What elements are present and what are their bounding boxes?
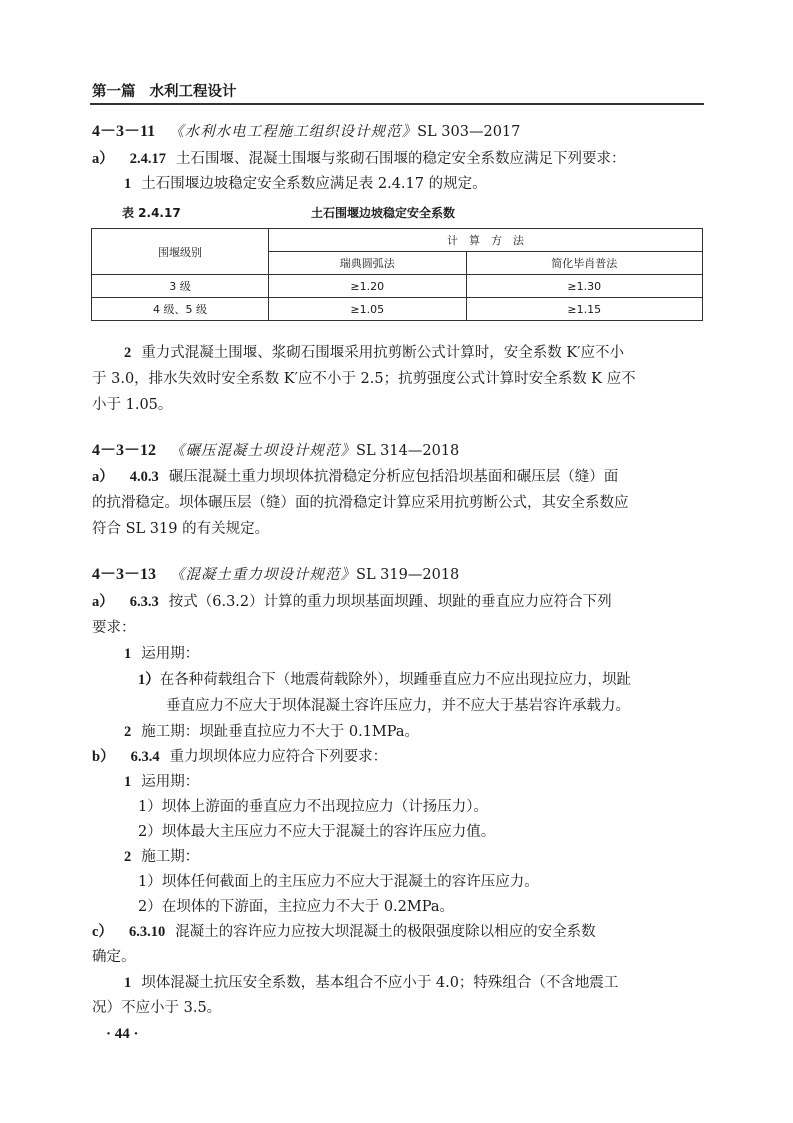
sub-header-swedish: 瑞典圆弧法 (269, 252, 467, 275)
clause-a: a）6.3.3按式（6.3.2）计算的重力坝坝基面坝踵、坝趾的垂直应力应符合下列 (92, 592, 702, 612)
cell-swedish: ≥1.20 (269, 275, 467, 298)
table-row: 3 级 ≥1.20 ≥1.30 (92, 275, 703, 298)
item-2-cont: 小于 1.05。 (92, 395, 702, 415)
clause-text: 重力坝坝体应力应符合下列要求： (170, 749, 388, 765)
clause-text: 混凝土的容许应力应按大坝混凝土的极限强度除以相应的安全系数 (175, 924, 596, 940)
standard-code: SL 319—2018 (356, 567, 459, 583)
cell-swedish: ≥1.05 (269, 298, 467, 321)
clause-cont: 的抗滑稳定。坝体碾压层（缝）面的抗滑稳定计算应采用抗剪断公式，其安全系数应 (92, 493, 702, 513)
clause-label: b） (92, 749, 115, 765)
section-heading-4-3-11: 4－3－11《水利水电工程施工组织设计规范》SL 303—2017 (92, 122, 702, 142)
clause-cont: 符合 SL 319 的有关规定。 (92, 519, 702, 539)
item-text: 土石围堰边坡稳定安全系数应满足表 2.4.17 的规定。 (141, 176, 486, 192)
clause-label: a） (92, 594, 114, 610)
clause-number: 4.0.3 (130, 469, 159, 485)
clause-a: a）4.0.3碾压混凝土重力坝坝体抗滑稳定分析应包括沿坝基面和碾压层（缝）面 (92, 467, 702, 487)
col-header-grade: 围堰级别 (92, 229, 269, 275)
clause-number: 6.3.10 (129, 924, 165, 940)
item-text: 施工期：坝趾垂直拉应力不大于 0.1MPa。 (141, 724, 419, 740)
cell-grade: 3 级 (92, 275, 269, 298)
item-2-cont: 于 3.0，排水失效时安全系数 K′应不小于 2.5；抗剪强度公式计算时安全系数… (92, 369, 702, 389)
section-id: 4－3－12 (92, 442, 156, 459)
item-2: 2施工期：坝趾垂直拉应力不大于 0.1MPa。 (124, 722, 734, 742)
clause-cont: 确定。 (92, 947, 702, 967)
item-1: 1运用期： (124, 772, 734, 792)
item-2: 2重力式混凝土围堰、浆砌石围堰采用抗剪断公式计算时，安全系数 K′应不小 (124, 343, 734, 363)
document-page: 第一篇水利工程设计 4－3－11《水利水电工程施工组织设计规范》SL 303—2… (0, 0, 793, 1123)
item-2: 2施工期： (124, 847, 734, 867)
subitem-2: 2）在坝体的下游面，主拉应力不大于 0.2MPa。 (138, 897, 748, 917)
standard-title: 《混凝土重力坝设计规范》 (170, 567, 356, 583)
sub-header-bishop: 简化毕肖普法 (466, 252, 702, 275)
clause-text: 土石围堰、混凝土围堰与浆砌石围堰的稳定安全系数应满足下列要求： (176, 151, 626, 167)
clause-label: c） (92, 924, 113, 940)
subitem-1: 1）在各种荷载组合下（地震荷载除外），坝踵垂直应力不应出现拉应力，坝趾 (138, 670, 748, 690)
subitem-1: 1）坝体任何截面上的主压应力不应大于混凝土的容许压应力。 (138, 872, 748, 892)
section-heading-4-3-12: 4－3－12《碾压混凝土坝设计规范》SL 314—2018 (92, 441, 702, 461)
standard-code: SL 314—2018 (356, 443, 459, 459)
section-heading-4-3-13: 4－3－13《混凝土重力坝设计规范》SL 319—2018 (92, 565, 702, 585)
table-row: 4 级、5 级 ≥1.05 ≥1.15 (92, 298, 703, 321)
section-id: 4－3－13 (92, 566, 156, 583)
cell-bishop: ≥1.30 (466, 275, 702, 298)
cell-grade: 4 级、5 级 (92, 298, 269, 321)
clause-label: a） (92, 469, 114, 485)
safety-factor-table: 围堰级别 计 算 方 法 瑞典圆弧法 简化毕肖普法 3 级 ≥1.20 ≥1.3… (91, 228, 703, 321)
item-number: 1 (124, 176, 131, 192)
subitem-1: 1）坝体上游面的垂直应力不出现拉应力（计扬压力）。 (138, 797, 748, 817)
clause-number: 2.4.17 (130, 151, 166, 167)
clause-number: 6.3.3 (130, 594, 159, 610)
section-id: 4－3－11 (92, 123, 155, 140)
item-cont: 况）不应小于 3.5。 (92, 998, 702, 1018)
standard-code: SL 303—2017 (417, 124, 520, 140)
clause-text: 按式（6.3.2）计算的重力坝坝基面坝踵、坝趾的垂直应力应符合下列 (169, 594, 612, 610)
header-title: 水利工程设计 (150, 84, 237, 100)
item-text: 运用期： (141, 646, 199, 662)
clause-b: b）6.3.4重力坝坝体应力应符合下列要求： (92, 747, 702, 767)
group-header-method: 计 算 方 法 (269, 229, 703, 252)
standard-title: 《碾压混凝土坝设计规范》 (170, 443, 356, 459)
item-1: 1坝体混凝土抗压安全系数，基本组合不应小于 4.0；特殊组合（不含地震工 (124, 973, 734, 993)
clause-number: 6.3.4 (131, 749, 160, 765)
item-1: 1土石围堰边坡稳定安全系数应满足表 2.4.17 的规定。 (124, 174, 734, 194)
header-rule (90, 103, 704, 105)
item-number: 1 (124, 975, 131, 991)
clause-label: a） (92, 151, 114, 167)
item-number: 2 (124, 849, 131, 865)
table-title: 土石围堰边坡稳定安全系数 (311, 204, 455, 221)
page-number: · 44 · (106, 1026, 139, 1043)
item-number: 1 (124, 646, 131, 662)
header-part: 第一篇 (92, 84, 136, 100)
item-1: 1运用期： (124, 644, 734, 664)
standard-title: 《水利水电工程施工组织设计规范》 (169, 124, 417, 140)
item-number: 1 (124, 774, 131, 790)
item-text: 运用期： (141, 774, 199, 790)
cell-bishop: ≥1.15 (466, 298, 702, 321)
clause-a: a）2.4.17土石围堰、混凝土围堰与浆砌石围堰的稳定安全系数应满足下列要求： (92, 149, 702, 169)
subitem-cont: 垂直应力不应大于坝体混凝土容许压应力，并不应大于基岩容许承载力。 (166, 696, 776, 716)
item-text: 重力式混凝土围堰、浆砌石围堰采用抗剪断公式计算时，安全系数 K′应不小 (141, 345, 624, 361)
item-number: 2 (124, 345, 131, 361)
table-number: 表 2.4.17 (122, 204, 181, 221)
item-number: 2 (124, 724, 131, 740)
subitem-text: 在各种荷载组合下（地震荷载除外），坝踵垂直应力不应出现拉应力，坝趾 (160, 672, 631, 688)
clause-text: 碾压混凝土重力坝坝体抗滑稳定分析应包括沿坝基面和碾压层（缝）面 (169, 469, 619, 485)
subitem-number: 1） (138, 672, 160, 688)
clause-c: c）6.3.10混凝土的容许应力应按大坝混凝土的极限强度除以相应的安全系数 (92, 922, 702, 942)
item-text: 施工期： (141, 849, 199, 865)
clause-cont: 要求： (92, 618, 702, 638)
item-text: 坝体混凝土抗压安全系数，基本组合不应小于 4.0；特殊组合（不含地震工 (141, 975, 618, 991)
subitem-2: 2）坝体最大主压应力不应大于混凝土的容许压应力值。 (138, 822, 748, 842)
running-header: 第一篇水利工程设计 (92, 80, 237, 101)
